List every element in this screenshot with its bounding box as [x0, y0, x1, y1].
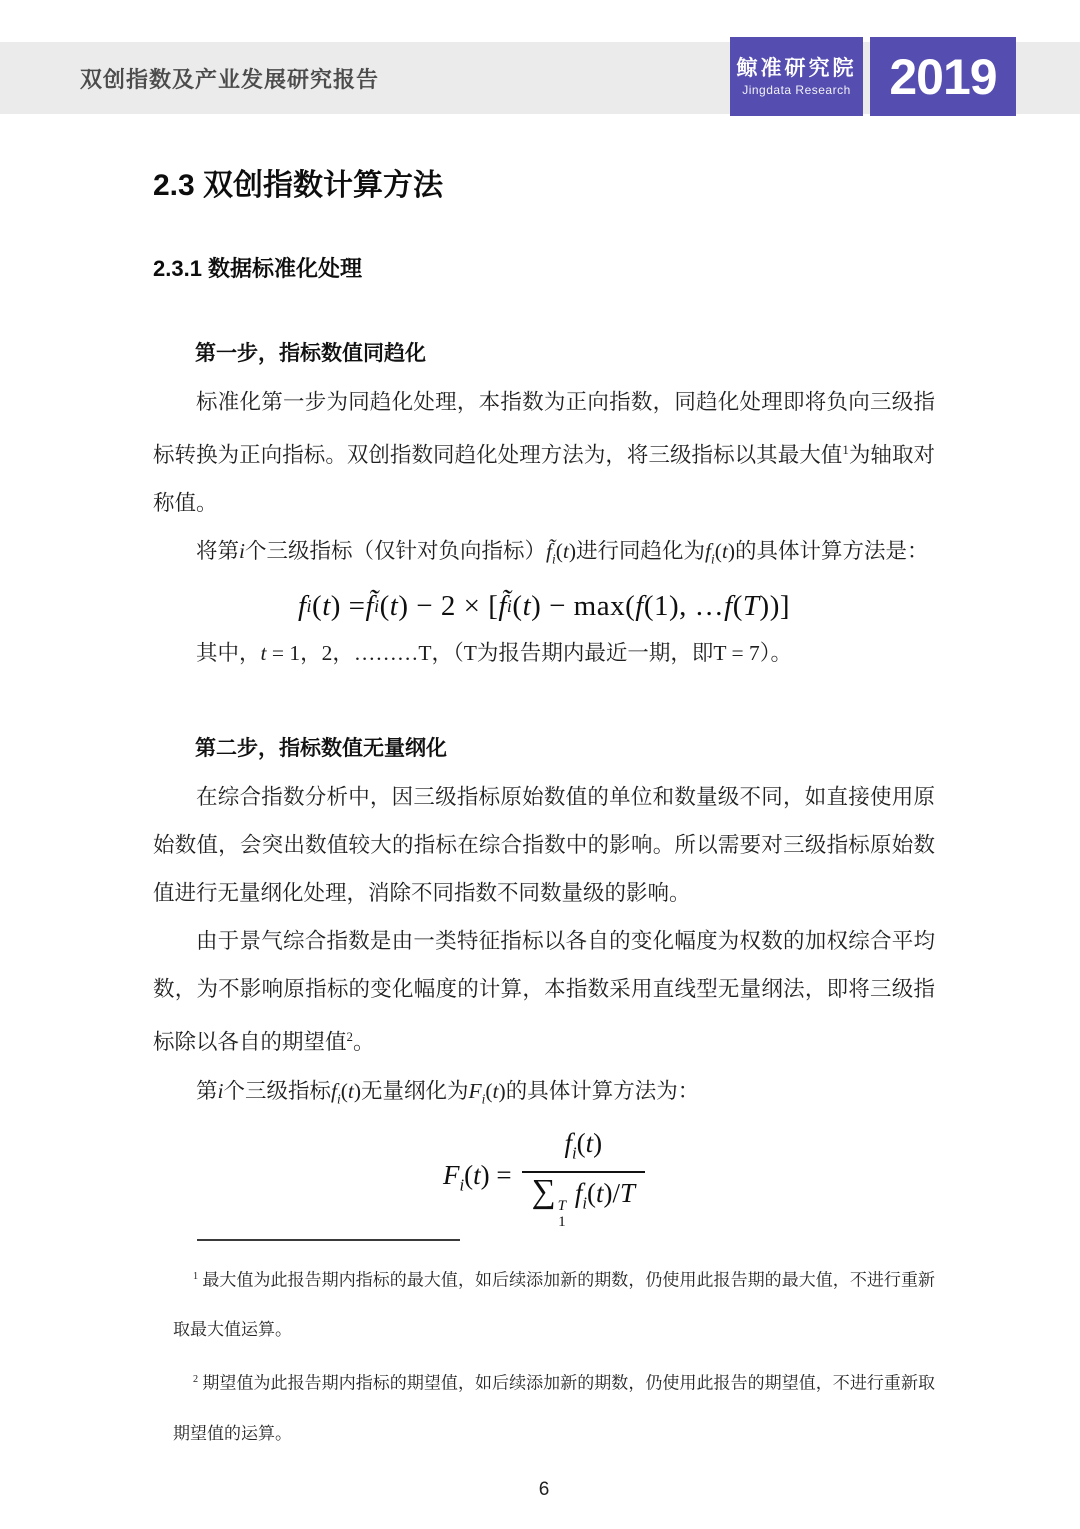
content-column: 2.3 双创指数计算方法 2.3.1 数据标准化处理 第一步，指标数值同趋化 标… [153, 114, 935, 1505]
footnote-2: 2 期望值为此报告期内指标的期望值，如后续添加新的期数，仍使用此报告的期望值，不… [173, 1355, 935, 1459]
step1-heading: 第一步，指标数值同趋化 [153, 330, 935, 378]
formula-dimensionless: Fi(t) = fi(t) ∑T1 fi(t)/T [153, 1125, 935, 1231]
paragraph-where: 其中，t = 1，2，………T，（T为报告期内最近一期，即T = 7）。 [153, 629, 935, 677]
formula-tongqu: fi(t) = f̃i(t) − 2 × [f̃i(t) − max(f(1),… [153, 583, 935, 629]
brand-badge: 鲸准研究院 Jingdata Research [730, 37, 863, 116]
paragraph-dimensionless-2: 由于景气综合指数是由一类特征指标以各自的变化幅度为权数的加权综合平均数，为不影响… [153, 917, 935, 1066]
document-page: 双创指数及产业发展研究报告 鲸准研究院 Jingdata Research 20… [0, 0, 1080, 1529]
footnote-separator [197, 1239, 460, 1241]
paragraph-dimensionless-1: 在综合指数分析中，因三级指标原始数值的单位和数量级不同，如直接使用原始数值，会突… [153, 773, 935, 917]
formula-fraction: fi(t) ∑T1 fi(t)/T [522, 1125, 645, 1231]
paragraph-method-intro: 将第i个三级指标（仅针对负向指标）f̃i(t)进行同趋化为fi(t)的具体计算方… [153, 527, 935, 583]
brand-name-cn: 鲸准研究院 [737, 56, 857, 82]
subsection-heading: 2.3.1 数据标准化处理 [153, 255, 935, 283]
page-number: 6 [153, 1475, 935, 1505]
paragraph-formula2-intro: 第i个三级指标fi(t)无量纲化为Fi(t)的具体计算方法为： [153, 1067, 935, 1123]
formula-numerator: fi(t) [554, 1125, 612, 1171]
paragraph-tongqu: 标准化第一步为同趋化处理，本指数为正向指数，同趋化处理即将负向三级指标转换为正向… [153, 378, 935, 527]
step2-heading: 第二步，指标数值无量纲化 [153, 725, 935, 773]
formula-denominator: ∑T1 fi(t)/T [522, 1171, 645, 1230]
footnote-1: 1 最大值为此报告期内指标的最大值，如后续添加新的期数，仍使用此报告期的最大值，… [173, 1252, 935, 1356]
brand-name-en: Jingdata Research [742, 82, 851, 98]
section-heading: 2.3 双创指数计算方法 [153, 168, 935, 204]
report-title: 双创指数及产业发展研究报告 [80, 42, 379, 114]
formula-lhs: Fi(t) = [443, 1160, 512, 1195]
year-badge: 2019 [870, 37, 1016, 116]
